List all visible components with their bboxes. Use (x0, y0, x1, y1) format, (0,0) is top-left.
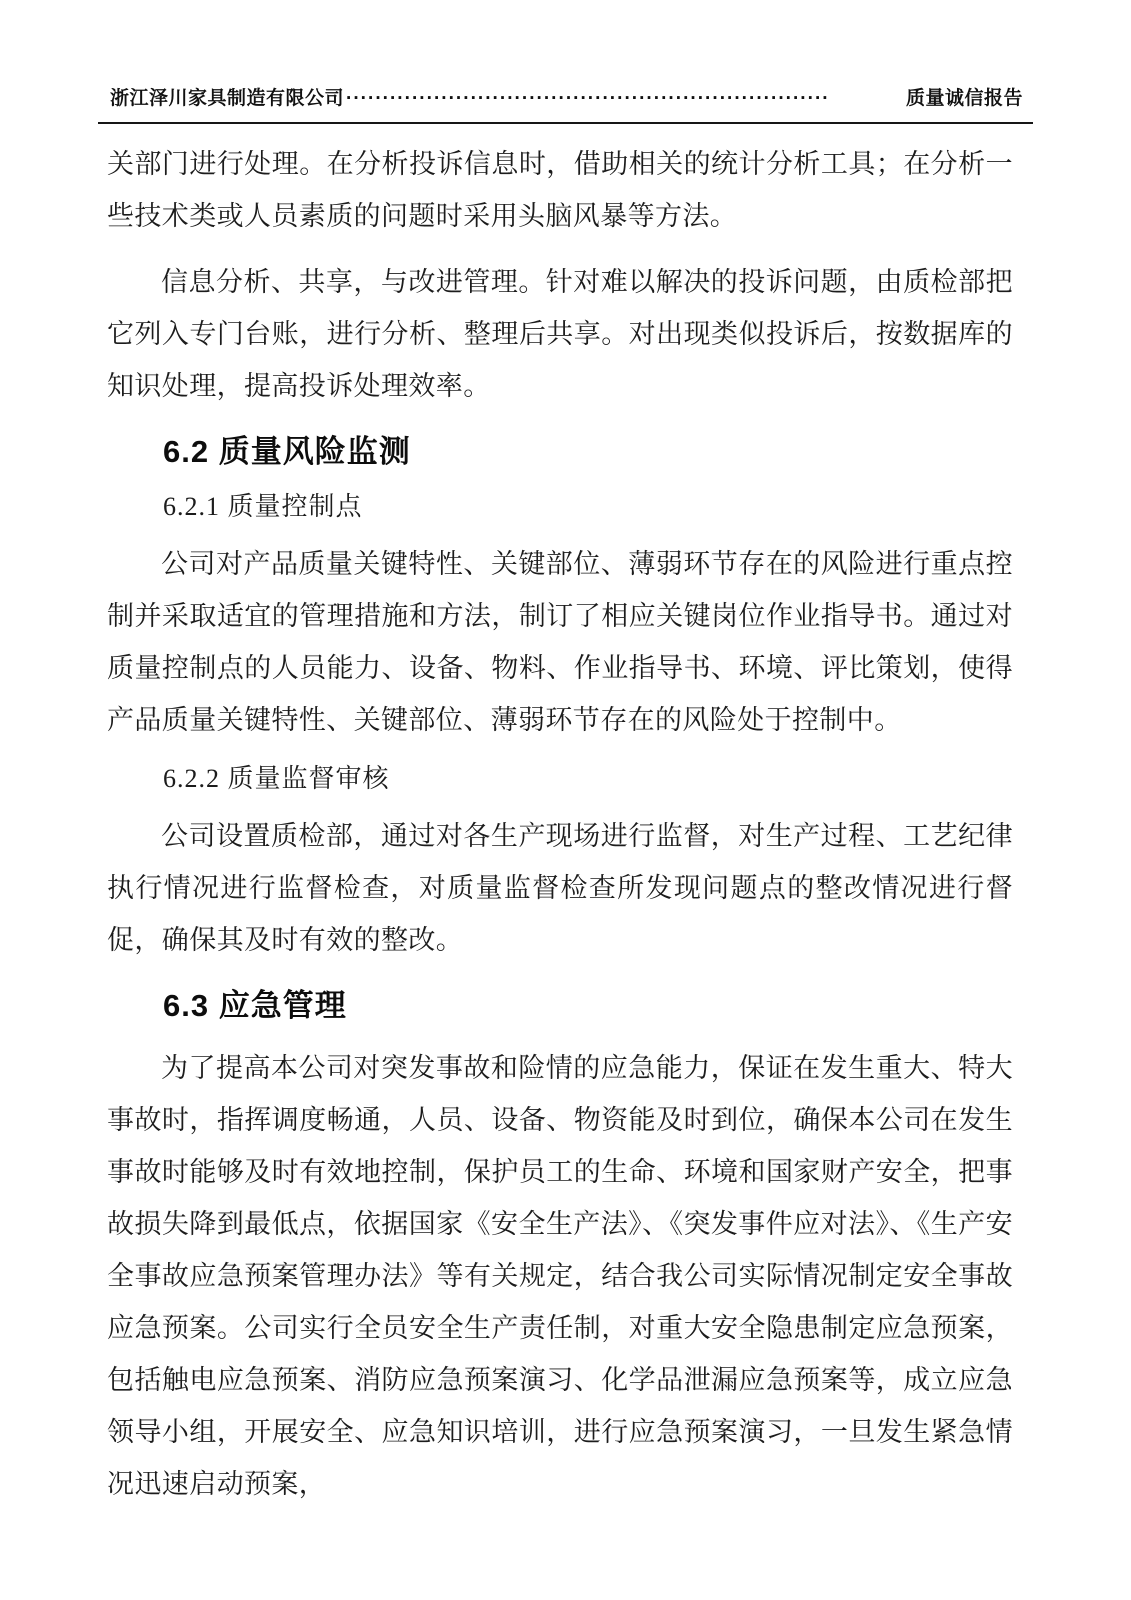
header-report-title: 质量诚信报告 (906, 86, 1023, 112)
paragraph-emergency-management: 为了提高本公司对突发事故和险情的应急能力，保证在发生重大、特大事故时，指挥调度畅… (107, 1042, 1013, 1510)
page-header: 浙江泽川家具制造有限公司 ···························… (98, 86, 1033, 124)
header-dot-leader: ········································… (344, 86, 906, 112)
paragraph-quality-supervision-audit: 公司设置质检部，通过对各生产现场进行监督，对生产过程、工艺纪律执行情况进行监督检… (107, 810, 1013, 966)
heading-6-2-1-quality-control-points: 6.2.1 质量控制点 (163, 490, 1013, 524)
paragraph-info-analysis-sharing: 信息分析、共享，与改进管理。针对难以解决的投诉问题，由质检部把它列入专门台账，进… (107, 256, 1013, 412)
heading-6-2-quality-risk-monitoring: 6.2 质量风险监测 (163, 430, 1013, 474)
header-company-name: 浙江泽川家具制造有限公司 (110, 86, 344, 112)
document-page: 浙江泽川家具制造有限公司 ···························… (0, 0, 1131, 1600)
paragraph-complaint-handling-continuation: 关部门进行处理。在分析投诉信息时，借助相关的统计分析工具；在分析一些技术类或人员… (107, 138, 1013, 242)
heading-6-3-emergency-management: 6.3 应急管理 (163, 984, 1013, 1028)
document-body: 关部门进行处理。在分析投诉信息时，借助相关的统计分析工具；在分析一些技术类或人员… (107, 138, 1013, 1510)
paragraph-quality-control-points: 公司对产品质量关键特性、关键部位、薄弱环节存在的风险进行重点控制并采取适宜的管理… (107, 538, 1013, 746)
heading-6-2-2-quality-supervision-audit: 6.2.2 质量监督审核 (163, 762, 1013, 796)
